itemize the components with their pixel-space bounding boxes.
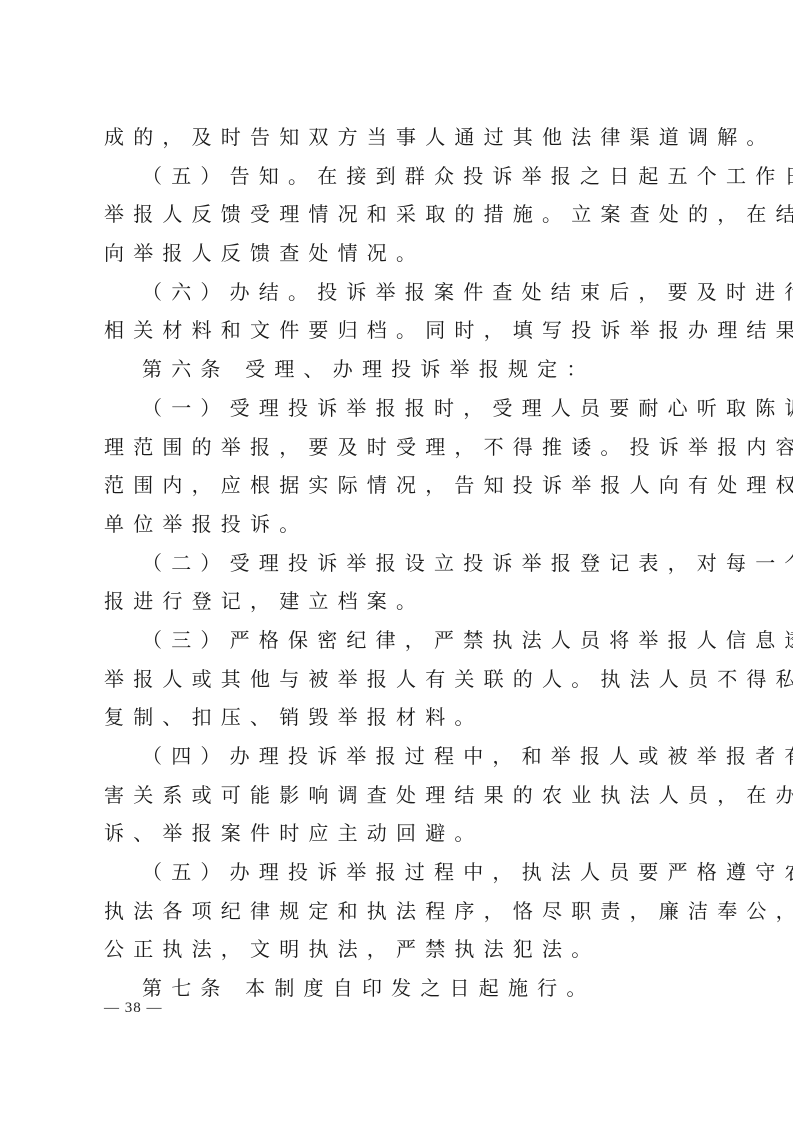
text-line: 诉、举报案件时应主动回避。 xyxy=(104,814,694,853)
page-number: — 38 — xyxy=(104,1000,163,1017)
text-line: 单位举报投诉。 xyxy=(104,505,694,544)
text-line-paragraph-start: （三）严格保密纪律，严禁执法人员将举报人信息透露给被 xyxy=(104,621,694,660)
text-line: 举报人或其他与被举报人有关联的人。执法人员不得私自摘抄、 xyxy=(104,660,694,699)
text-line-paragraph-start: （六）办结。投诉举报案件查处结束后，要及时进行结案， xyxy=(104,273,694,312)
text-line: 相关材料和文件要归档。同时，填写投诉举报办理结果。 xyxy=(104,311,694,350)
text-line: 害关系或可能影响调查处理结果的农业执法人员，在办理相关投 xyxy=(104,776,694,815)
article-heading: 第七条 本制度自印发之日起施行。 xyxy=(104,969,694,1008)
text-line: 成的，及时告知双方当事人通过其他法律渠道调解。 xyxy=(104,118,694,157)
text-line: 举报人反馈受理情况和采取的措施。立案查处的，在结案后及时 xyxy=(104,195,694,234)
text-line: 理范围的举报，要及时受理，不得推诿。投诉举报内容不在职责 xyxy=(104,428,694,467)
text-line-paragraph-start: （五）告知。在接到群众投诉举报之日起五个工作日内，向 xyxy=(104,157,694,196)
text-line: 执法各项纪律规定和执法程序，恪尽职责，廉洁奉公，严格执法， xyxy=(104,892,694,931)
text-line: 报进行登记，建立档案。 xyxy=(104,582,694,621)
text-line-paragraph-start: （二）受理投诉举报设立投诉举报登记表，对每一个投诉举 xyxy=(104,544,694,583)
text-line: 公正执法，文明执法，严禁执法犯法。 xyxy=(104,930,694,969)
text-line: 复制、扣压、销毁举报材料。 xyxy=(104,698,694,737)
text-line: 向举报人反馈查处情况。 xyxy=(104,234,694,273)
text-line-paragraph-start: （四）办理投诉举报过程中，和举报人或被举报者有直接利 xyxy=(104,737,694,776)
article-heading: 第六条 受理、办理投诉举报规定： xyxy=(104,350,694,389)
document-page: 成的，及时告知双方当事人通过其他法律渠道调解。 （五）告知。在接到群众投诉举报之… xyxy=(0,0,793,1122)
text-line-paragraph-start: （一）受理投诉举报报时，受理人员要耐心听取陈诉，属受 xyxy=(104,389,694,428)
text-line: 范围内，应根据实际情况，告知投诉举报人向有处理权的部门和 xyxy=(104,466,694,505)
text-line-paragraph-start: （五）办理投诉举报过程中，执法人员要严格遵守农业综合 xyxy=(104,853,694,892)
document-body: 成的，及时告知双方当事人通过其他法律渠道调解。 （五）告知。在接到群众投诉举报之… xyxy=(104,118,694,1008)
